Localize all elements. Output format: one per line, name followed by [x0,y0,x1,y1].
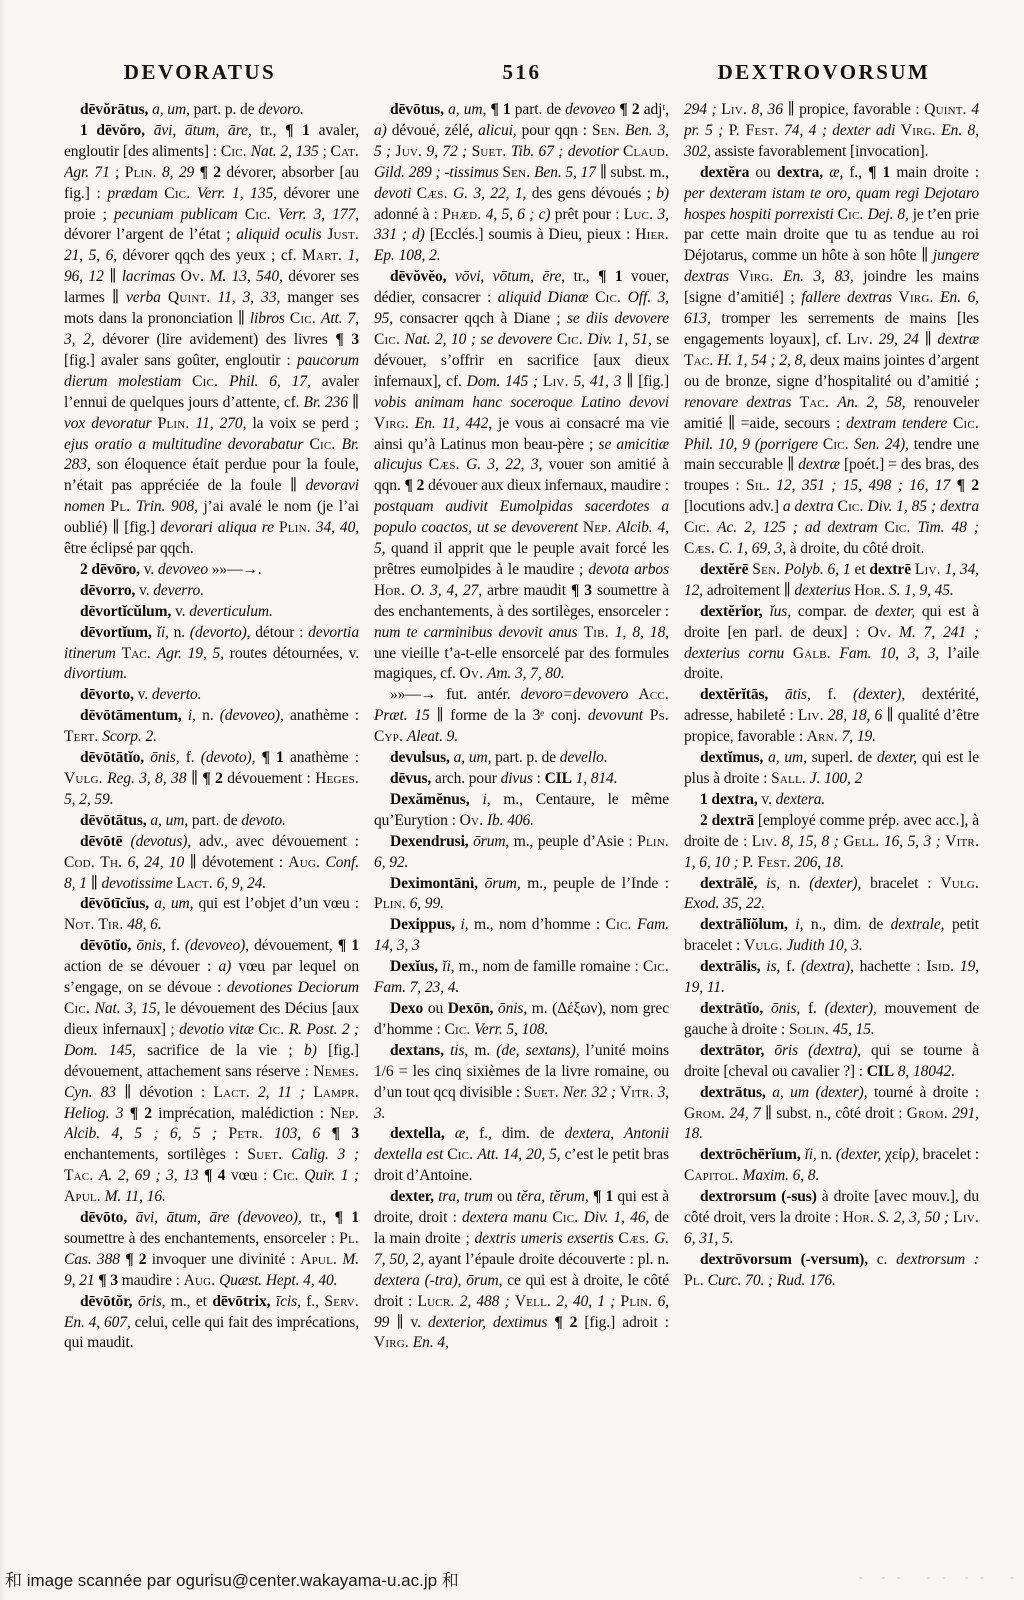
dictionary-entry: dextrātus, a, um (dexter), tourné à droi… [684,1083,979,1146]
dictionary-entry: 1 dēvŏro, āvi, ātum, āre, tr., ¶ 1 avale… [64,121,359,560]
column-right: 294 ; Liv. 8, 36 ∥ propice, favorable : … [684,100,979,1558]
dictionary-entry: dēvus, arch. pour divus : CIL 1, 814. [374,769,669,790]
dictionary-entry: 2 dēvōro, v. devoveo »»—→. [64,560,359,581]
dictionary-entry: 1 dextra, v. dextera. [684,790,979,811]
dictionary-entry: dextrātĭo, ōnis, f. (dexter), mouvement … [684,999,979,1041]
dictionary-entry: 2 dextrā [employé comme prép. avec acc.]… [684,811,979,874]
dictionary-entry: dēvōtāmentum, i, n. (devoveo), anathème … [64,706,359,748]
column-left: dēvŏrātus, a, um, part. p. de devoro.1 d… [64,100,359,1558]
scan-artifact-dashes: - - - - - - - - [859,1570,1018,1584]
dictionary-entry: 294 ; Liv. 8, 36 ∥ propice, favorable : … [684,100,979,163]
column-middle: dēvōtus, a, um, ¶ 1 part. de devoveo ¶ 2… [374,100,669,1558]
dictionary-entry: dēvōtē (devotus), adv., avec dévouement … [64,832,359,895]
running-head-left: DEVORATUS [52,60,348,85]
page-number: 516 [374,60,670,85]
dictionary-entry: Deximontāni, ōrum, m., peuple de l’Inde … [374,874,669,916]
dictionary-entry: dextrālĭŏlum, i, n., dim. de dextrale, p… [684,915,979,957]
dictionary-entry: dēvōtŏr, ōris, m., et dēvōtrix, īcis, f.… [64,1292,359,1355]
dictionary-entry: dēvōtīcĭus, a, um, qui est l’objet d’un … [64,894,359,936]
dictionary-columns: dēvŏrātus, a, um, part. p. de devoro.1 d… [64,100,979,1558]
dictionary-entry: dextĕrĭor, ĭus, compar. de dexter, qui e… [684,602,979,686]
dictionary-entry: dextrōchērĭum, ĭi, n. (dexter, χείρ), br… [684,1145,979,1187]
dictionary-entry: dextrālĕ, is, n. (dexter), bracelet : Vu… [684,874,979,916]
dictionary-entry: dēvorro, v. deverro. [64,581,359,602]
dictionary-entry: dextĕra ou dextra, æ, f., ¶ 1 main droit… [684,163,979,560]
dictionary-entry: dextrorsum (-sus) à droite [avec mouv.],… [684,1187,979,1250]
dictionary-entry: Dexippus, i, m., nom d’homme : Cic. Fam.… [374,915,669,957]
dictionary-entry: dēvōtus, a, um, ¶ 1 part. de devoveo ¶ 2… [374,100,669,267]
dictionary-entry: dēvōtātus, a, um, part. de devoto. [64,811,359,832]
dictionary-entry: Dexendrusi, ōrum, m., peuple d’Asie : Pl… [374,832,669,874]
dictionary-entry: dēvŏvĕo, vōvi, vōtum, ēre, tr., ¶ 1 voue… [374,267,669,685]
dictionary-entry: dextrātor, ōris (dextra), qui se tourne … [684,1041,979,1083]
dictionary-entry: dēvorto, v. deverto. [64,685,359,706]
dictionary-entry: »»—→ fut. antér. devoro=devovero Acc. Pr… [374,685,669,748]
dictionary-entry: dextella, æ, f., dim. de dextera, Antoni… [374,1124,669,1187]
dictionary-entry: dēvortĭcŭlum, v. deverticulum. [64,602,359,623]
dictionary-entry: dextĕrĭtās, ātis, f. (dexter), dextérité… [684,685,979,748]
dictionary-entry: dextrālis, is, f. (dextra), hachette : I… [684,957,979,999]
scan-footer-watermark: 和 image scannée par ogurisu@center.wakay… [5,1566,459,1591]
running-head-right: DEXTROVORSUM [676,60,972,85]
dictionary-entry: dēvōto, āvi, ātum, āre (devoveo), tr., ¶… [64,1208,359,1292]
dictionary-entry: devulsus, a, um, part. p. de devello. [374,748,669,769]
dictionary-entry: dextans, tis, m. (de, sextans), l’unité … [374,1041,669,1125]
dictionary-entry: dexter, tra, trum ou tĕra, tĕrum, ¶ 1 qu… [374,1187,669,1354]
dictionary-entry: dēvortĭum, ĭi, n. (devorto), détour : de… [64,623,359,686]
dictionary-entry: Dexămĕnus, i, m., Centaure, le même qu’E… [374,790,669,832]
dictionary-entry: dextĭmus, a, um, superl. de dexter, qui … [684,748,979,790]
dictionary-entry: dēvōtĭo, ōnis, f. (devoveo), dévouement,… [64,936,359,1208]
dictionary-entry: Dexĭus, ĭi, m., nom de famille romaine :… [374,957,669,999]
dictionary-entry: dextrōvorsum (-versum), c. dextrorsum : … [684,1250,979,1292]
dictionary-entry: dēvŏrātus, a, um, part. p. de devoro. [64,100,359,121]
dictionary-entry: dextĕrē Sen. Polyb. 6, 1 et dextrē Liv. … [684,560,979,602]
dictionary-entry: dēvōtātĭo, ōnis, f. (devoto), ¶ 1 anathè… [64,748,359,811]
dictionary-entry: Dexo ou Dexōn, ōnis, m. (Δέξων), nom gre… [374,999,669,1041]
scanned-dictionary-page: DEVORATUS 516 DEXTROVORSUM dēvŏrātus, a,… [0,0,1024,1600]
